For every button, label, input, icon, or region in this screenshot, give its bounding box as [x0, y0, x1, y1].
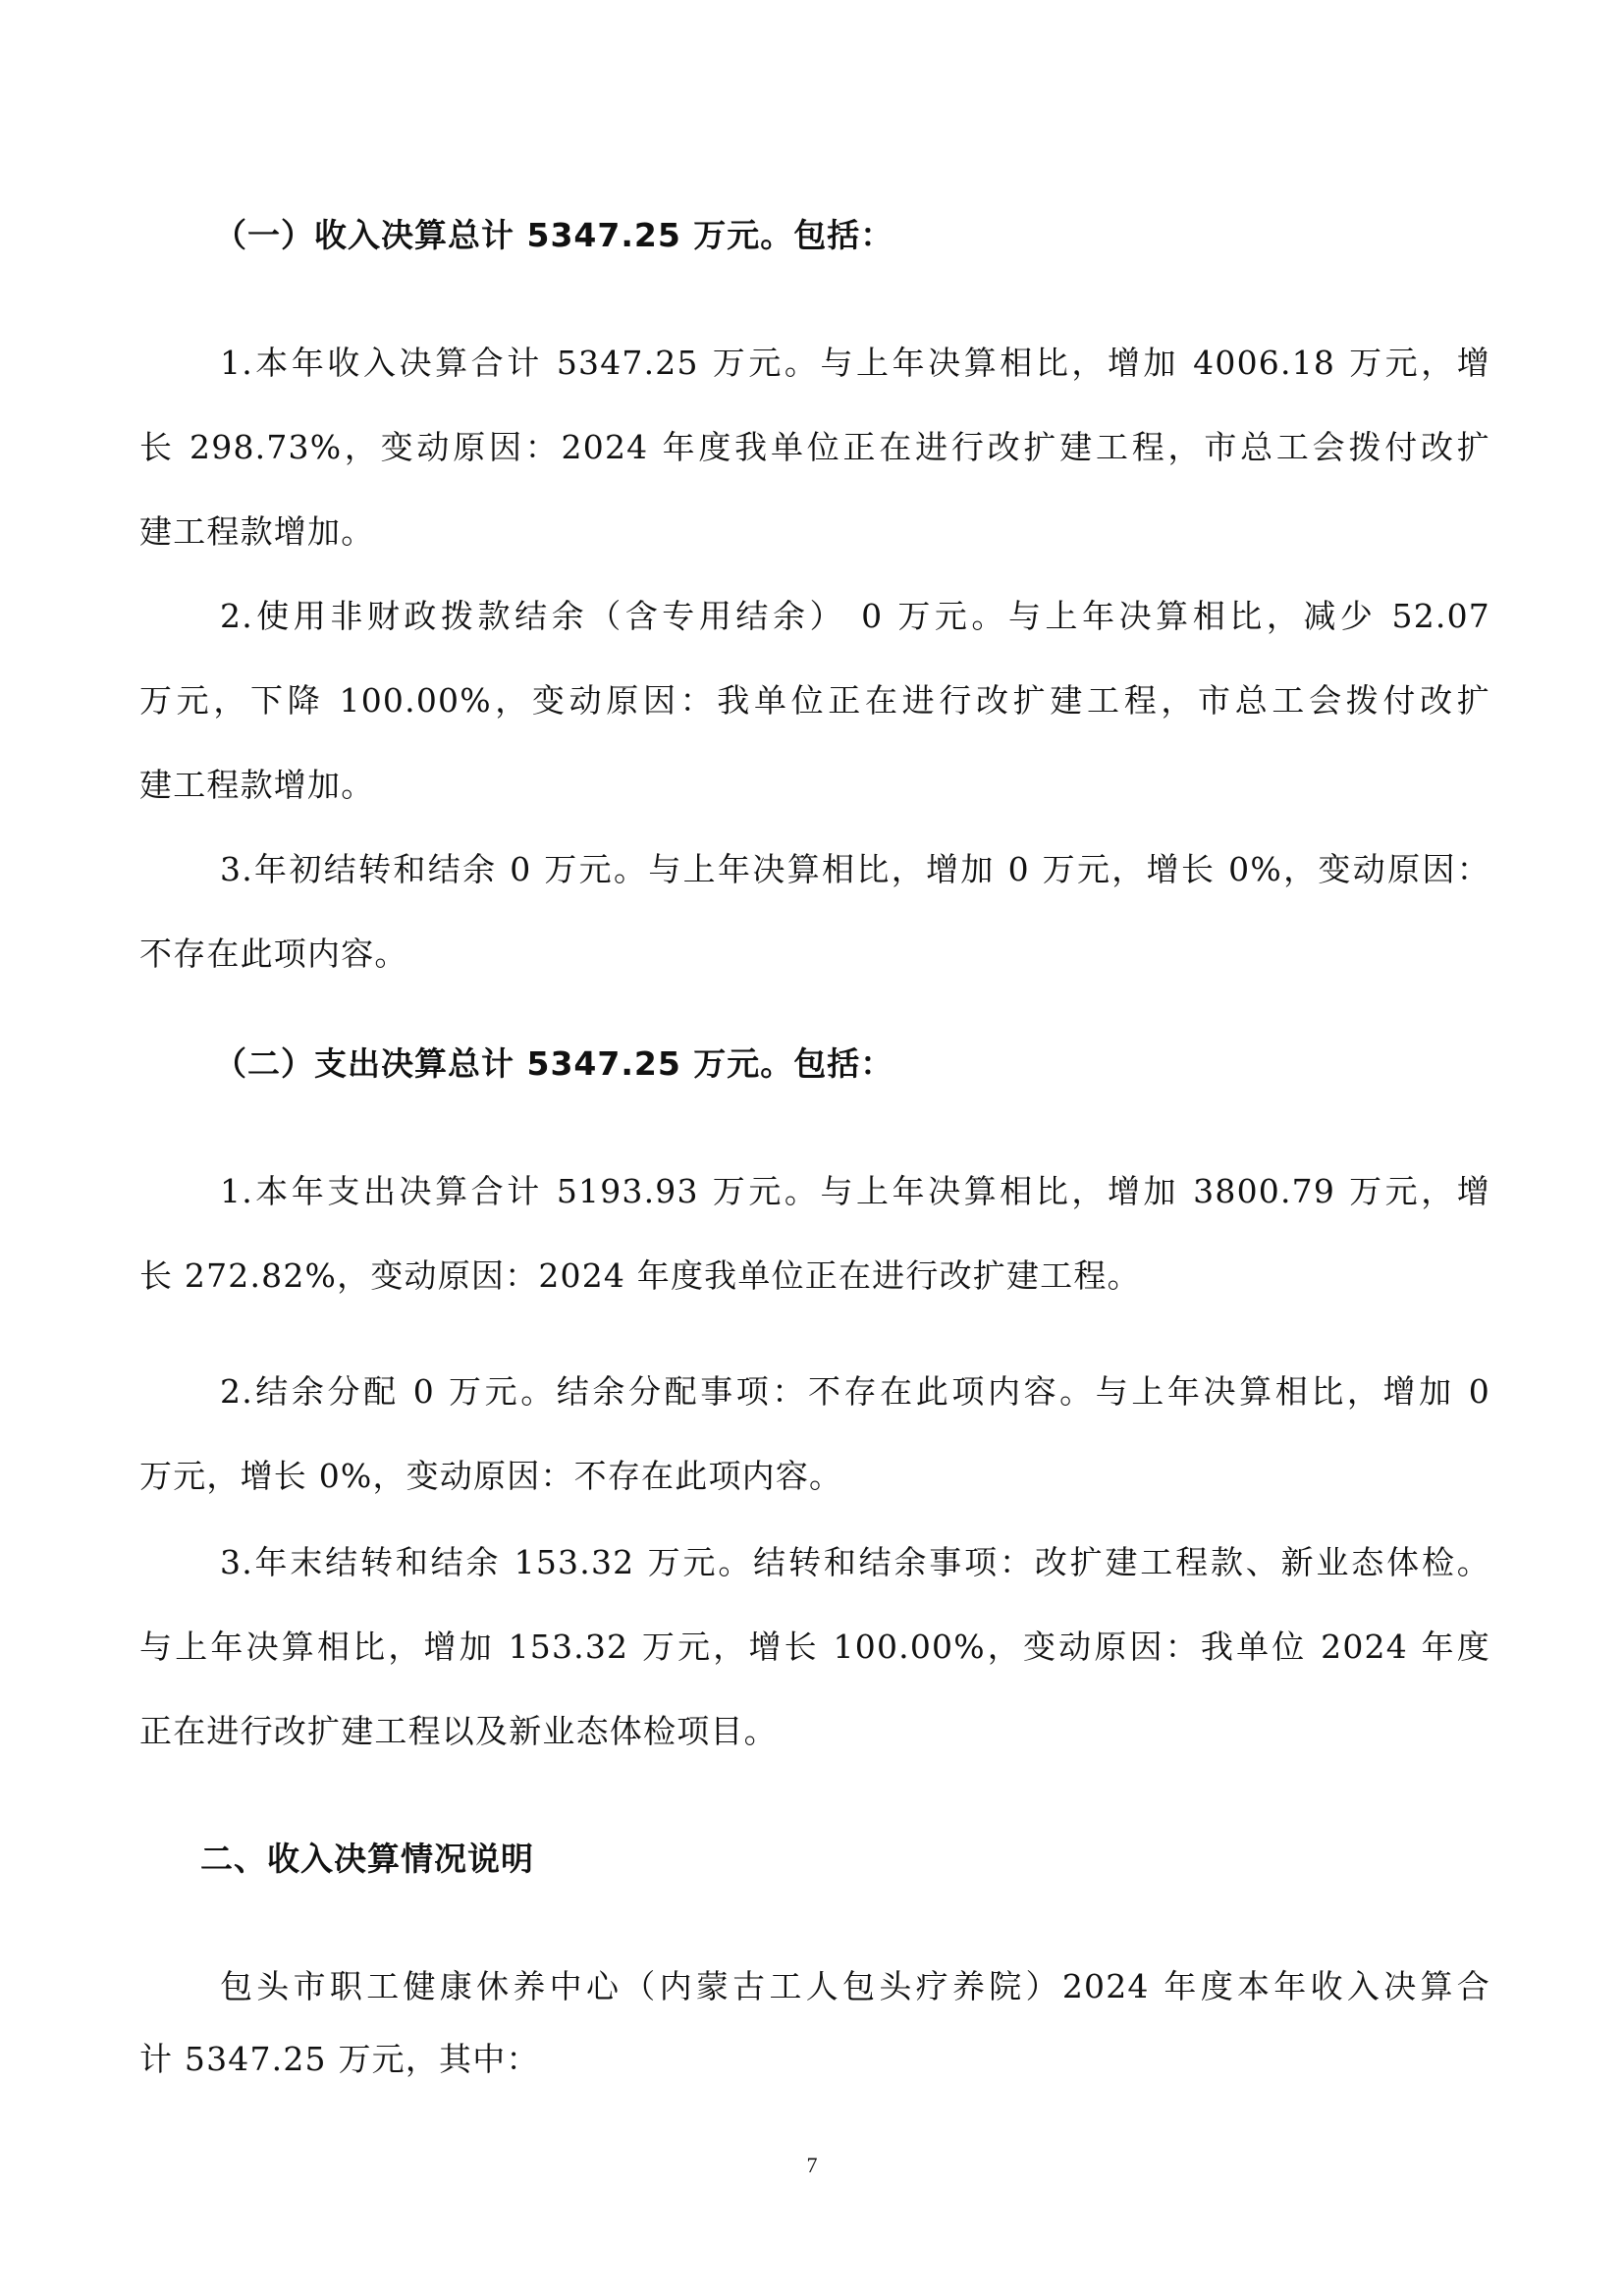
paragraph-line: 长 272.82%，变动原因：2024 年度我单位正在进行改扩建工程。	[139, 1255, 1490, 1298]
paragraph-line: 1.本年收入决算合计 5347.25 万元。与上年决算相比，增加 4006.18…	[220, 342, 1490, 385]
paragraph-line: 建工程款增加。	[139, 510, 1490, 554]
paragraph-line: 3.年初结转和结余 0 万元。与上年决算相比，增加 0 万元，增长 0%，变动原…	[220, 848, 1490, 891]
income-explanation-heading: 二、收入决算情况说明	[200, 1838, 534, 1881]
income-total-heading: （一）收入决算总计 5347.25 万元。包括：	[214, 214, 893, 257]
paragraph-line: 万元，下降 100.00%，变动原因：我单位正在进行改扩建工程，市总工会拨付改扩	[139, 679, 1490, 722]
paragraph-line: 计 5347.25 万元，其中：	[139, 2038, 1490, 2081]
paragraph-line: 长 298.73%，变动原因：2024 年度我单位正在进行改扩建工程，市总工会拨…	[139, 426, 1490, 469]
paragraph-line: 2.使用非财政拨款结余（含专用结余） 0 万元。与上年决算相比，减少 52.07	[220, 595, 1490, 638]
page-number: 7	[0, 2153, 1624, 2178]
paragraph-line: 正在进行改扩建工程以及新业态体检项目。	[139, 1710, 1490, 1753]
document-page: （一）收入决算总计 5347.25 万元。包括： 1.本年收入决算合计 5347…	[0, 0, 1624, 2296]
paragraph-line: 建工程款增加。	[139, 764, 1490, 807]
paragraph-line: 万元，增长 0%，变动原因：不存在此项内容。	[139, 1455, 1490, 1498]
paragraph-line: 2.结余分配 0 万元。结余分配事项：不存在此项内容。与上年决算相比，增加 0	[220, 1370, 1490, 1414]
paragraph-line: 1.本年支出决算合计 5193.93 万元。与上年决算相比，增加 3800.79…	[220, 1170, 1490, 1213]
expense-total-heading: （二）支出决算总计 5347.25 万元。包括：	[214, 1042, 893, 1086]
paragraph-line: 不存在此项内容。	[139, 933, 1490, 976]
paragraph-line: 3.年末结转和结余 153.32 万元。结转和结余事项：改扩建工程款、新业态体检…	[220, 1541, 1490, 1584]
paragraph-line: 包头市职工健康休养中心（内蒙古工人包头疗养院）2024 年度本年收入决算合	[220, 1965, 1490, 2008]
paragraph-line: 与上年决算相比，增加 153.32 万元，增长 100.00%，变动原因：我单位…	[139, 1626, 1490, 1669]
